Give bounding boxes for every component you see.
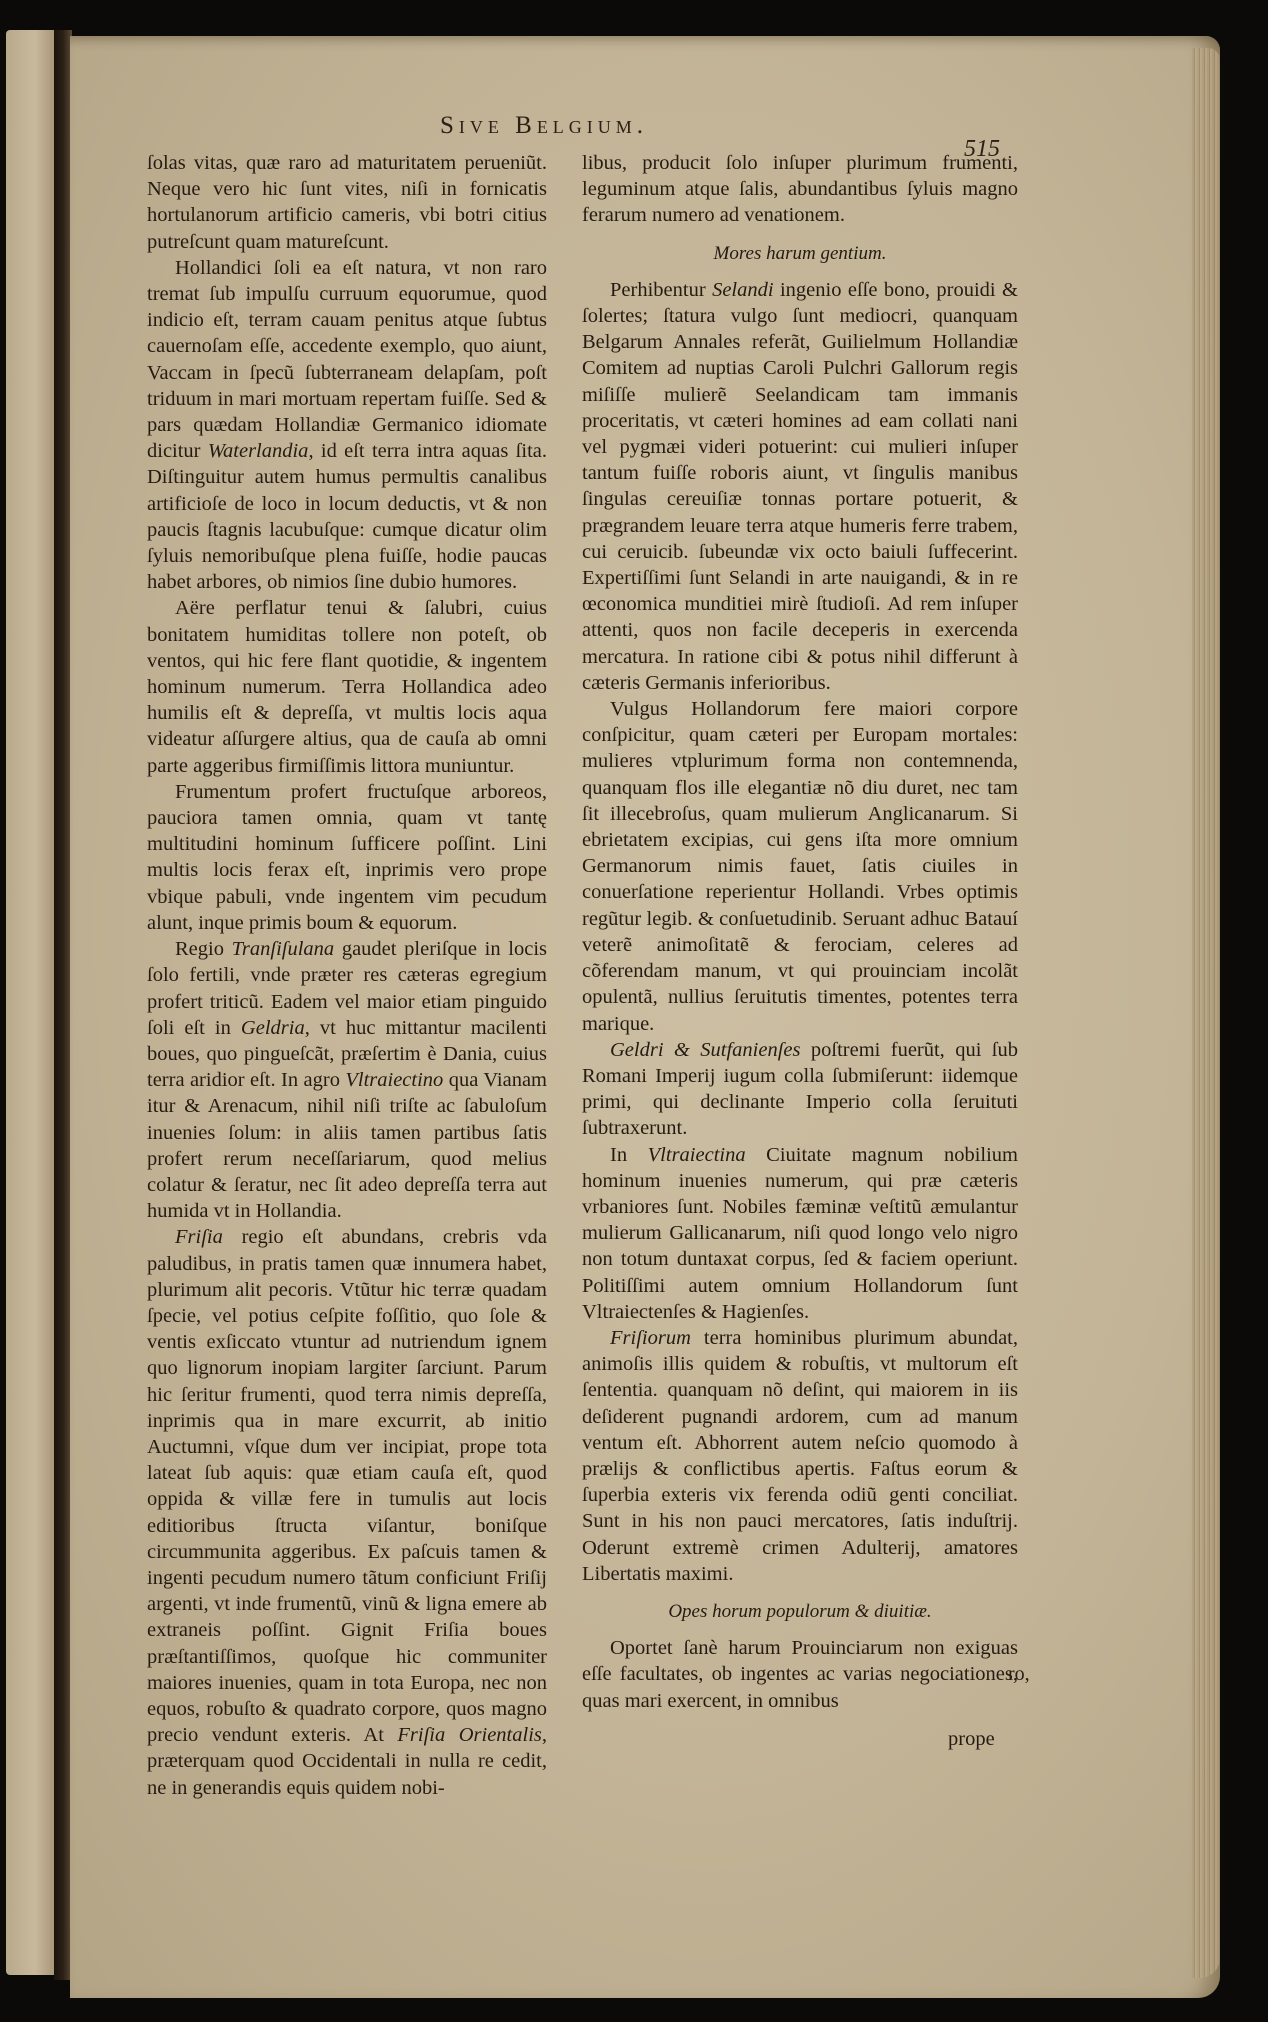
paragraph: Hollandici ſoli ea eſt natura, vt non ra… [147, 255, 547, 596]
italic-term: Selandi [712, 279, 774, 301]
paragraph: Oportet ſanè harum Prouinciarum non exig… [582, 1635, 1018, 1714]
paragraph: Geldri & Sutfanienſes poſtremi fuerũt, q… [582, 1037, 1018, 1142]
paragraph: Aëre perflatur tenui & ſalubri, cuius bo… [147, 595, 547, 778]
section-heading: Opes horum populorum & diuitiæ. [582, 1599, 1018, 1625]
italic-term: Friſiorum [610, 1327, 691, 1349]
right-column: libus, producit ſolo inſuper plurimum fr… [582, 150, 1018, 1714]
paragraph: Perhibentur Selandi ingenio eſſe bono, p… [582, 277, 1018, 696]
text: Hollandici ſoli ea eſt natura, vt non ra… [147, 257, 547, 462]
text: Ciuitate magnum nobilium hominum inuenie… [582, 1144, 1018, 1323]
text: qua Vianam itur & Arenacum, nihil niſi t… [147, 1069, 547, 1222]
catchword: prope [948, 1728, 995, 1751]
page-fore-edge [1192, 48, 1220, 1978]
paragraph: libus, producit ſolo inſuper plurimum fr… [582, 150, 1018, 229]
italic-term: Geldria [241, 1017, 305, 1039]
text: Perhibentur [610, 279, 712, 301]
paragraph: Friſia regio eſt abundans, crebris vda p… [147, 1224, 547, 1800]
text: , id eſt terra intra aquas ſita. Diſting… [147, 440, 547, 593]
previous-page-edge [6, 30, 54, 1975]
left-column: ſolas vitas, quæ raro ad maturitatem per… [147, 150, 547, 1801]
paragraph: Regio Tranſiſulana gaudet pleriſque in l… [147, 936, 547, 1224]
text: ingenio eſſe bono, prouidi & ſolertes; ſ… [582, 279, 1018, 694]
section-heading: Mores harum gentium. [582, 241, 1018, 267]
italic-term: Vltraiectino [345, 1069, 443, 1091]
paragraph: ſolas vitas, quæ raro ad maturitatem per… [147, 150, 547, 255]
italic-term: Waterlandia [208, 440, 309, 462]
italic-term: Friſia [175, 1226, 223, 1248]
running-head: Sive Belgium. [440, 112, 648, 140]
paragraph: Friſiorum terra hominibus plurimum abund… [582, 1325, 1018, 1587]
text: regio eſt abundans, crebris vda paludibu… [147, 1226, 547, 1746]
text: Regio [175, 938, 232, 960]
paragraph: Vulgus Hollandorum fere maiori corpore c… [582, 696, 1018, 1037]
marginal-note: ro, [1008, 1663, 1030, 1686]
paragraph: Frumentum profert fructuſque arboreos, p… [147, 779, 547, 936]
italic-term: Friſia Orientalis [397, 1724, 541, 1746]
italic-term: Tranſiſulana [232, 938, 335, 960]
text: terra hominibus plurimum abundat, animoſ… [582, 1327, 1018, 1585]
italic-term: Geldri & Sutfanienſes [610, 1039, 800, 1061]
italic-term: Vltraiectina [648, 1144, 746, 1166]
text: In [610, 1144, 648, 1166]
paragraph: In Vltraiectina Ciuitate magnum nobilium… [582, 1142, 1018, 1325]
